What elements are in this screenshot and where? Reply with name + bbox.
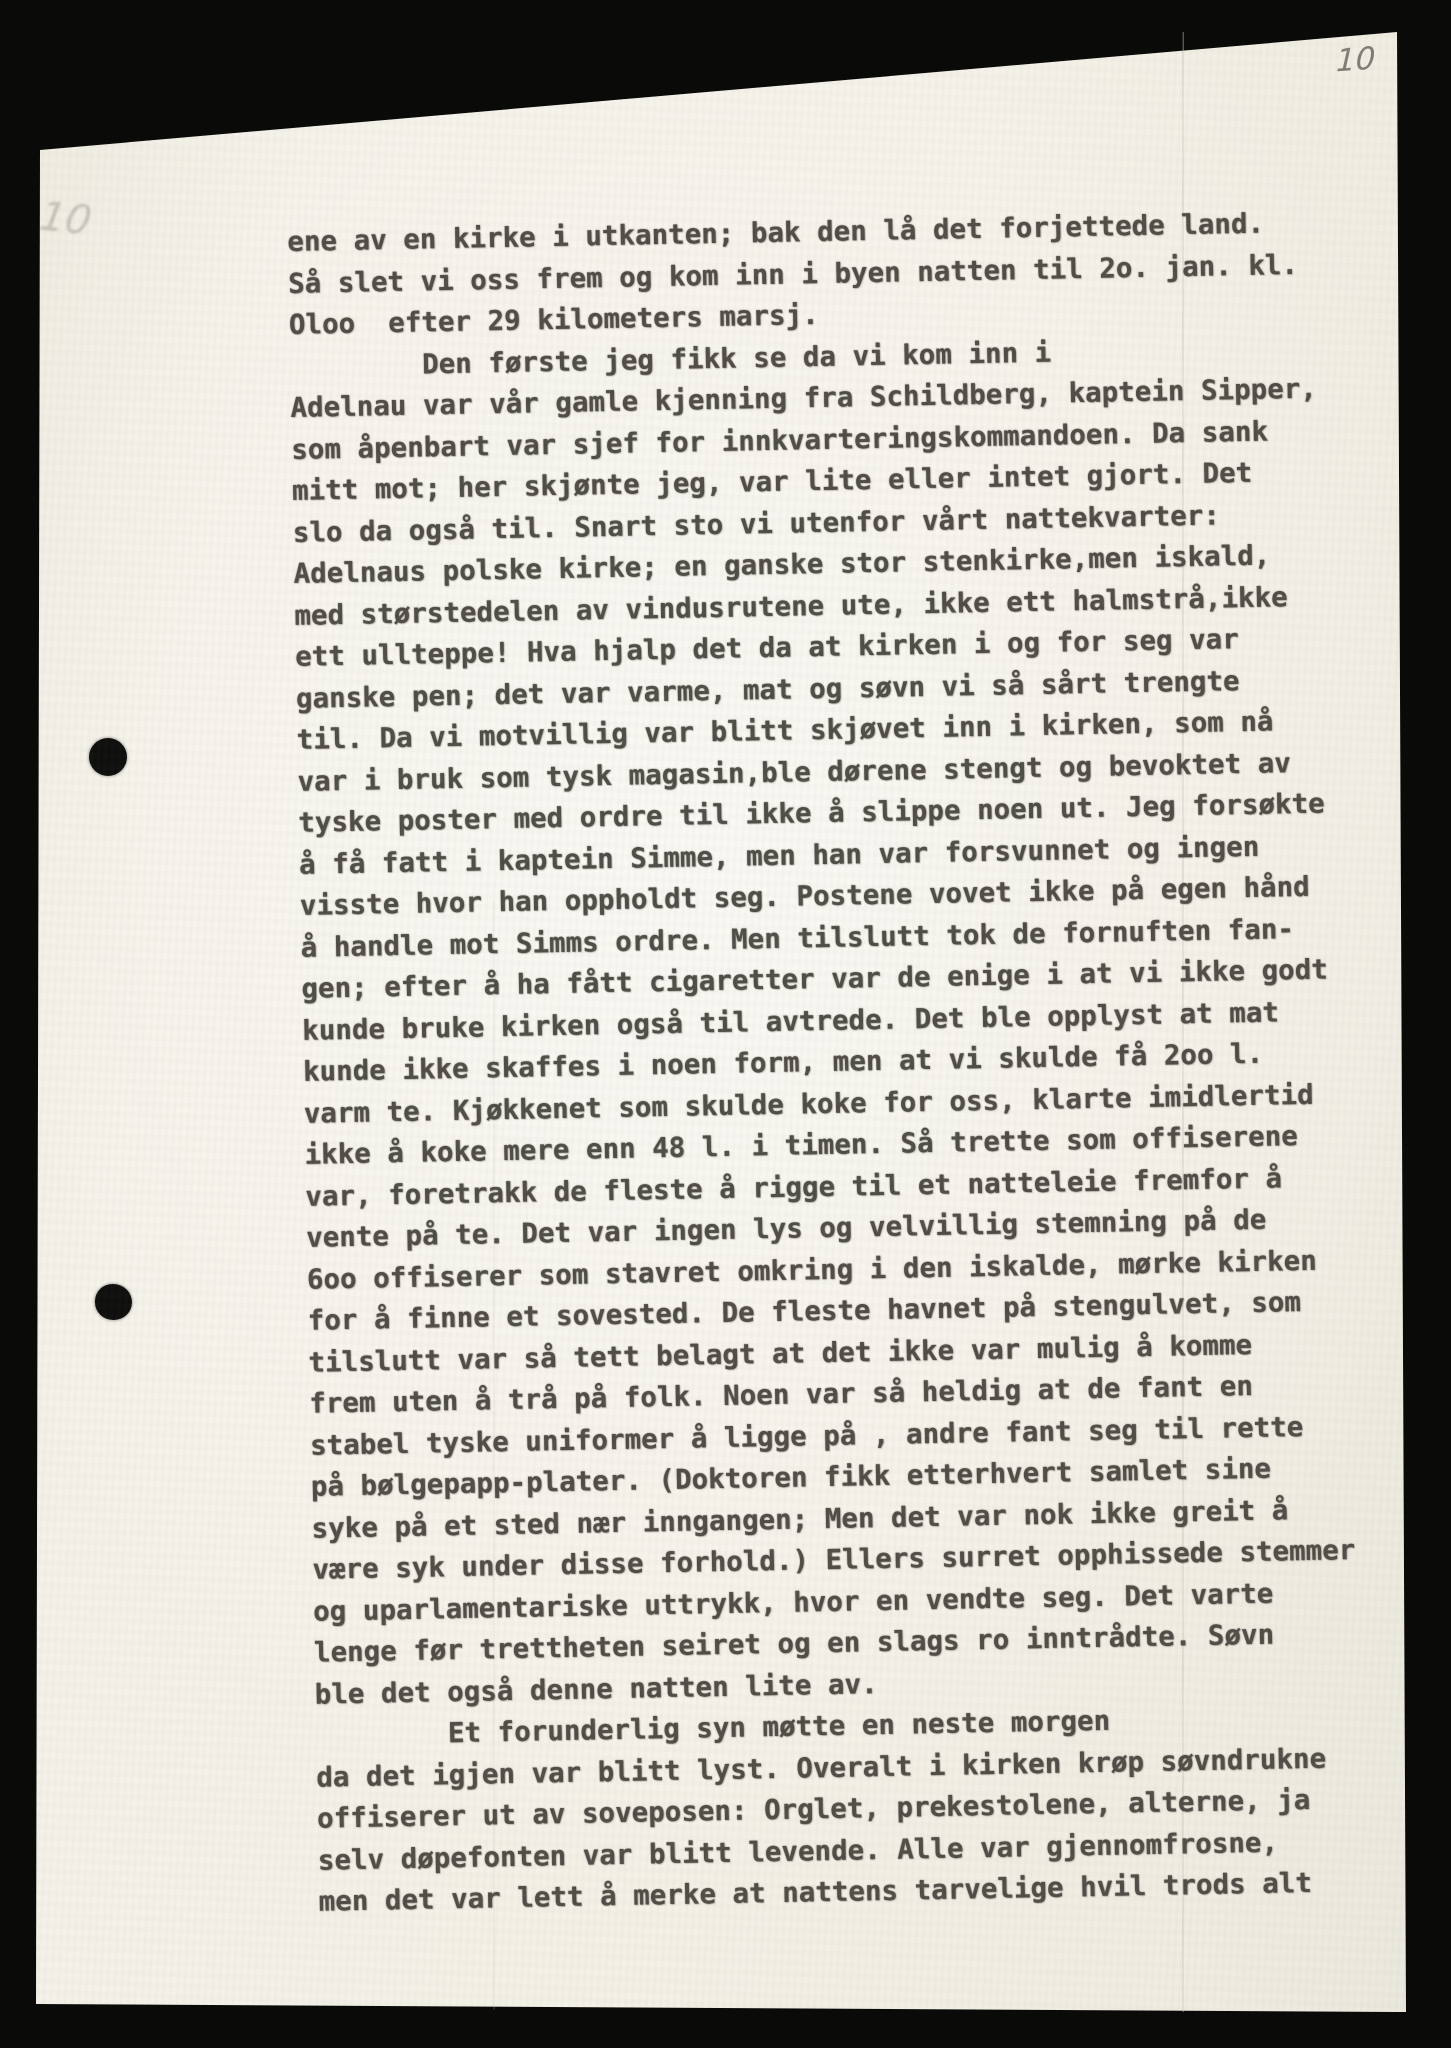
- punch-hole-top: [89, 738, 127, 776]
- typewritten-text: ene av en kirke i utkanten; bak den lå d…: [287, 201, 1439, 1923]
- handwritten-page-number-right: 10: [1335, 41, 1376, 80]
- punch-hole-bottom: [95, 1284, 132, 1320]
- handwritten-page-number-left: 10: [36, 194, 95, 245]
- document-scan: 10 10 ene av en kirke i utkanten; bak de…: [0, 0, 1451, 2048]
